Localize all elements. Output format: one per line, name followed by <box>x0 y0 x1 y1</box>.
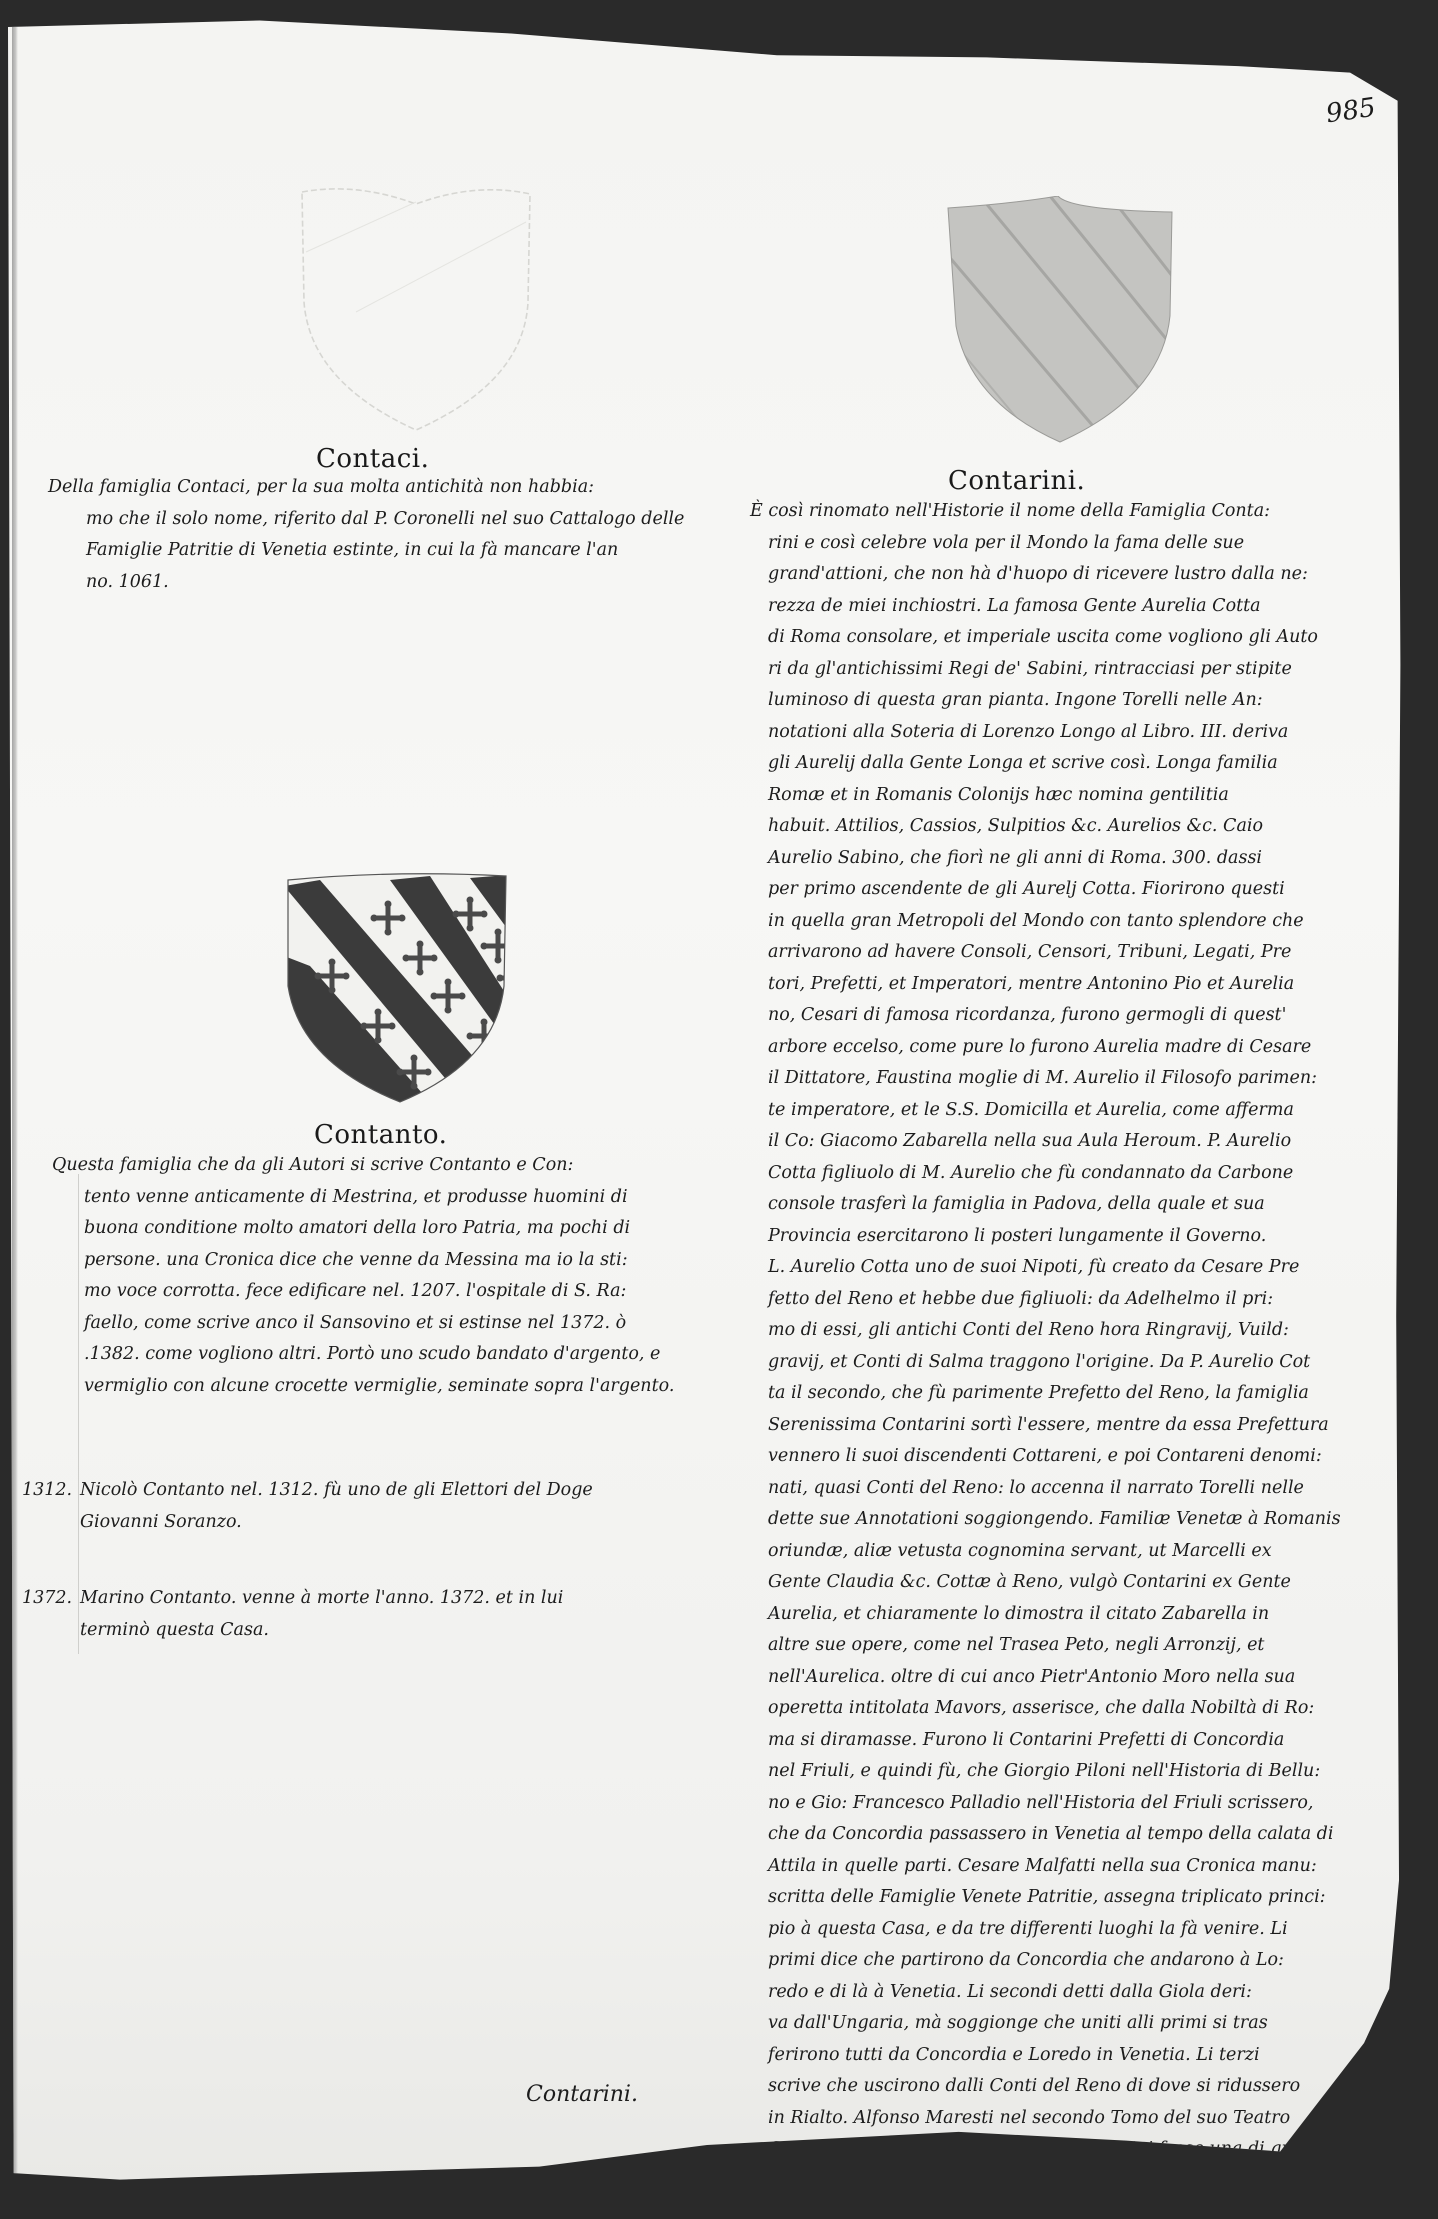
contaci-shield <box>296 182 536 432</box>
text-line: oriundæ, aliæ vetusta cognomina servant,… <box>750 1536 1360 1568</box>
text-line: Aurelio Sabino, che fiorì ne gli anni di… <box>750 843 1360 875</box>
genealogy-entry: 1372. Marino Contanto. venne à morte l'a… <box>80 1582 563 1646</box>
text-line: arbore eccelso, come pure lo furono Aure… <box>750 1032 1360 1064</box>
text-line: notationi alla Soteria di Lorenzo Longo … <box>750 717 1360 749</box>
text-line: buona conditione molto amatori della lor… <box>52 1213 682 1245</box>
text-line: in Rialto. Alfonso Maresti nel secondo T… <box>750 2103 1360 2135</box>
contarini-heading: Contarini. <box>948 466 1085 496</box>
text-line: che da Concordia passassero in Venetia a… <box>750 1819 1360 1851</box>
text-line: Aurelia, et chiaramente lo dimostra il c… <box>750 1599 1360 1631</box>
text-line: Giovanni Soranzo. <box>80 1506 593 1538</box>
text-line: mo che il solo nome, riferito dal P. Cor… <box>48 504 668 536</box>
text-line: nati, quasi Conti del Reno: lo accenna i… <box>750 1473 1360 1505</box>
contarini-paragraph: È così rinomato nell'Historie il nome de… <box>750 496 1360 2197</box>
text-line: terminò questa Casa. <box>80 1614 563 1646</box>
text-line: .1382. come vogliono altri. Portò uno sc… <box>52 1339 682 1371</box>
text-line: ma si diramasse. Furono li Contarini Pre… <box>750 1725 1360 1757</box>
text-line: Questa famiglia che da gli Autori si scr… <box>52 1150 682 1182</box>
text-line: no. 1061. <box>48 567 668 599</box>
text-line: il Dittatore, Faustina moglie di M. Aure… <box>750 1063 1360 1095</box>
text-line: scrive che uscirono dalli Conti del Reno… <box>750 2071 1360 2103</box>
text-line: ferirono tutti da Concordia e Loredo in … <box>750 2040 1360 2072</box>
contarini-shield <box>940 196 1180 446</box>
text-line: arrivarono ad havere Consoli, Censori, T… <box>750 937 1360 969</box>
text-line: console trasferì la famiglia in Padova, … <box>750 1189 1360 1221</box>
text-line: Genealogico tiene che la famiglia Contar… <box>750 2134 1360 2166</box>
text-line: ta il secondo, che fù parimente Prefetto… <box>750 1378 1360 1410</box>
text-line: Famiglie Patritie di Venetia estinte, in… <box>48 535 668 567</box>
text-line: va dall'Ungaria, mà soggionge che uniti … <box>750 2008 1360 2040</box>
text-line: faello, come scrive anco il Sansovino et… <box>52 1308 682 1340</box>
text-line: Cotta figliuolo di M. Aurelio che fù con… <box>750 1158 1360 1190</box>
text-line: habuit. Attilios, Cassios, Sulpitios &c.… <box>750 811 1360 843</box>
text-line: altre sue opere, come nel Trasea Peto, n… <box>750 1630 1360 1662</box>
text-line: tori, Prefetti, et Imperatori, mentre An… <box>750 969 1360 1001</box>
text-line: antiche, che habitavano nell'Isolette de… <box>750 2166 1360 2198</box>
text-line: di Roma consolare, et imperiale uscita c… <box>750 622 1360 654</box>
text-line: no, Cesari di famosa ricordanza, furono … <box>750 1000 1360 1032</box>
text-line: Nicolò Contanto nel. 1312. fù uno de gli… <box>80 1474 593 1506</box>
text-line: gli Aurelij dalla Gente Longa et scrive … <box>750 748 1360 780</box>
text-line: nell'Aurelica. oltre di cui anco Pietr'A… <box>750 1662 1360 1694</box>
contaci-heading: Contaci. <box>316 444 429 474</box>
text-line: rini e così celebre vola per il Mondo la… <box>750 528 1360 560</box>
text-line: gravij, et Conti di Salma traggono l'ori… <box>750 1347 1360 1379</box>
text-line: tento venne anticamente di Mestrina, et … <box>52 1182 682 1214</box>
text-line: mo di essi, gli antichi Conti del Reno h… <box>750 1315 1360 1347</box>
text-line: Gente Claudia &c. Cottæ à Reno, vulgò Co… <box>750 1567 1360 1599</box>
text-line: Serenissima Contarini sortì l'essere, me… <box>750 1410 1360 1442</box>
text-line: pio à questa Casa, e da tre differenti l… <box>750 1914 1360 1946</box>
text-line: primi dice che partirono da Concordia ch… <box>750 1945 1360 1977</box>
entry-year: 1312. <box>22 1474 72 1506</box>
genealogy-entry: 1312. Nicolò Contanto nel. 1312. fù uno … <box>80 1474 593 1538</box>
text-line: in quella gran Metropoli del Mondo con t… <box>750 906 1360 938</box>
text-line: persone. una Cronica dice che venne da M… <box>52 1245 682 1277</box>
contanto-shield <box>270 866 520 1106</box>
text-line: no e Gio: Francesco Palladio nell'Histor… <box>750 1788 1360 1820</box>
catchword: Contarini. <box>526 2082 638 2107</box>
text-line: te imperatore, et le S.S. Domicilla et A… <box>750 1095 1360 1127</box>
text-line: dette sue Annotationi soggiongendo. Fami… <box>750 1504 1360 1536</box>
text-line: L. Aurelio Cotta uno de suoi Nipoti, fù … <box>750 1252 1360 1284</box>
text-line: Della famiglia Contaci, per la sua molta… <box>48 472 668 504</box>
text-line: ri da gl'antichissimi Regi de' Sabini, r… <box>750 654 1360 686</box>
text-line: vennero li suoi discendenti Cottareni, e… <box>750 1441 1360 1473</box>
contaci-paragraph: Della famiglia Contaci, per la sua molta… <box>48 472 668 598</box>
text-line: Romæ et in Romanis Colonijs hæc nomina g… <box>750 780 1360 812</box>
text-line: operetta intitolata Mavors, asserisce, c… <box>750 1693 1360 1725</box>
text-line: redo e di là à Venetia. Li secondi detti… <box>750 1977 1360 2009</box>
text-line: Attila in quelle parti. Cesare Malfatti … <box>750 1851 1360 1883</box>
text-line: È così rinomato nell'Historie il nome de… <box>750 496 1360 528</box>
folio-number: 985 <box>1324 93 1377 130</box>
manuscript-page: 985 Contaci. Della famiglia Contaci, per… <box>8 14 1406 2184</box>
text-line: per primo ascendente de gli Aurelj Cotta… <box>750 874 1360 906</box>
text-line: Provincia esercitarono li posteri lungam… <box>750 1221 1360 1253</box>
text-line: luminoso di questa gran pianta. Ingone T… <box>750 685 1360 717</box>
text-line: grand'attioni, che non hà d'huopo di ric… <box>750 559 1360 591</box>
text-line: nel Friuli, e quindi fù, che Giorgio Pil… <box>750 1756 1360 1788</box>
text-line: il Co: Giacomo Zabarella nella sua Aula … <box>750 1126 1360 1158</box>
text-line: scritta delle Famiglie Venete Patritie, … <box>750 1882 1360 1914</box>
text-line: rezza de miei inchiostri. La famosa Gent… <box>750 591 1360 623</box>
contanto-paragraph: Questa famiglia che da gli Autori si scr… <box>52 1150 682 1402</box>
text-line: Marino Contanto. venne à morte l'anno. 1… <box>80 1582 563 1614</box>
contanto-heading: Contanto. <box>314 1120 447 1150</box>
text-line: mo voce corrotta. fece edificare nel. 12… <box>52 1276 682 1308</box>
entry-year: 1372. <box>22 1582 72 1614</box>
text-line: vermiglio con alcune crocette vermiglie,… <box>52 1371 682 1403</box>
text-line: fetto del Reno et hebbe due figliuoli: d… <box>750 1284 1360 1316</box>
